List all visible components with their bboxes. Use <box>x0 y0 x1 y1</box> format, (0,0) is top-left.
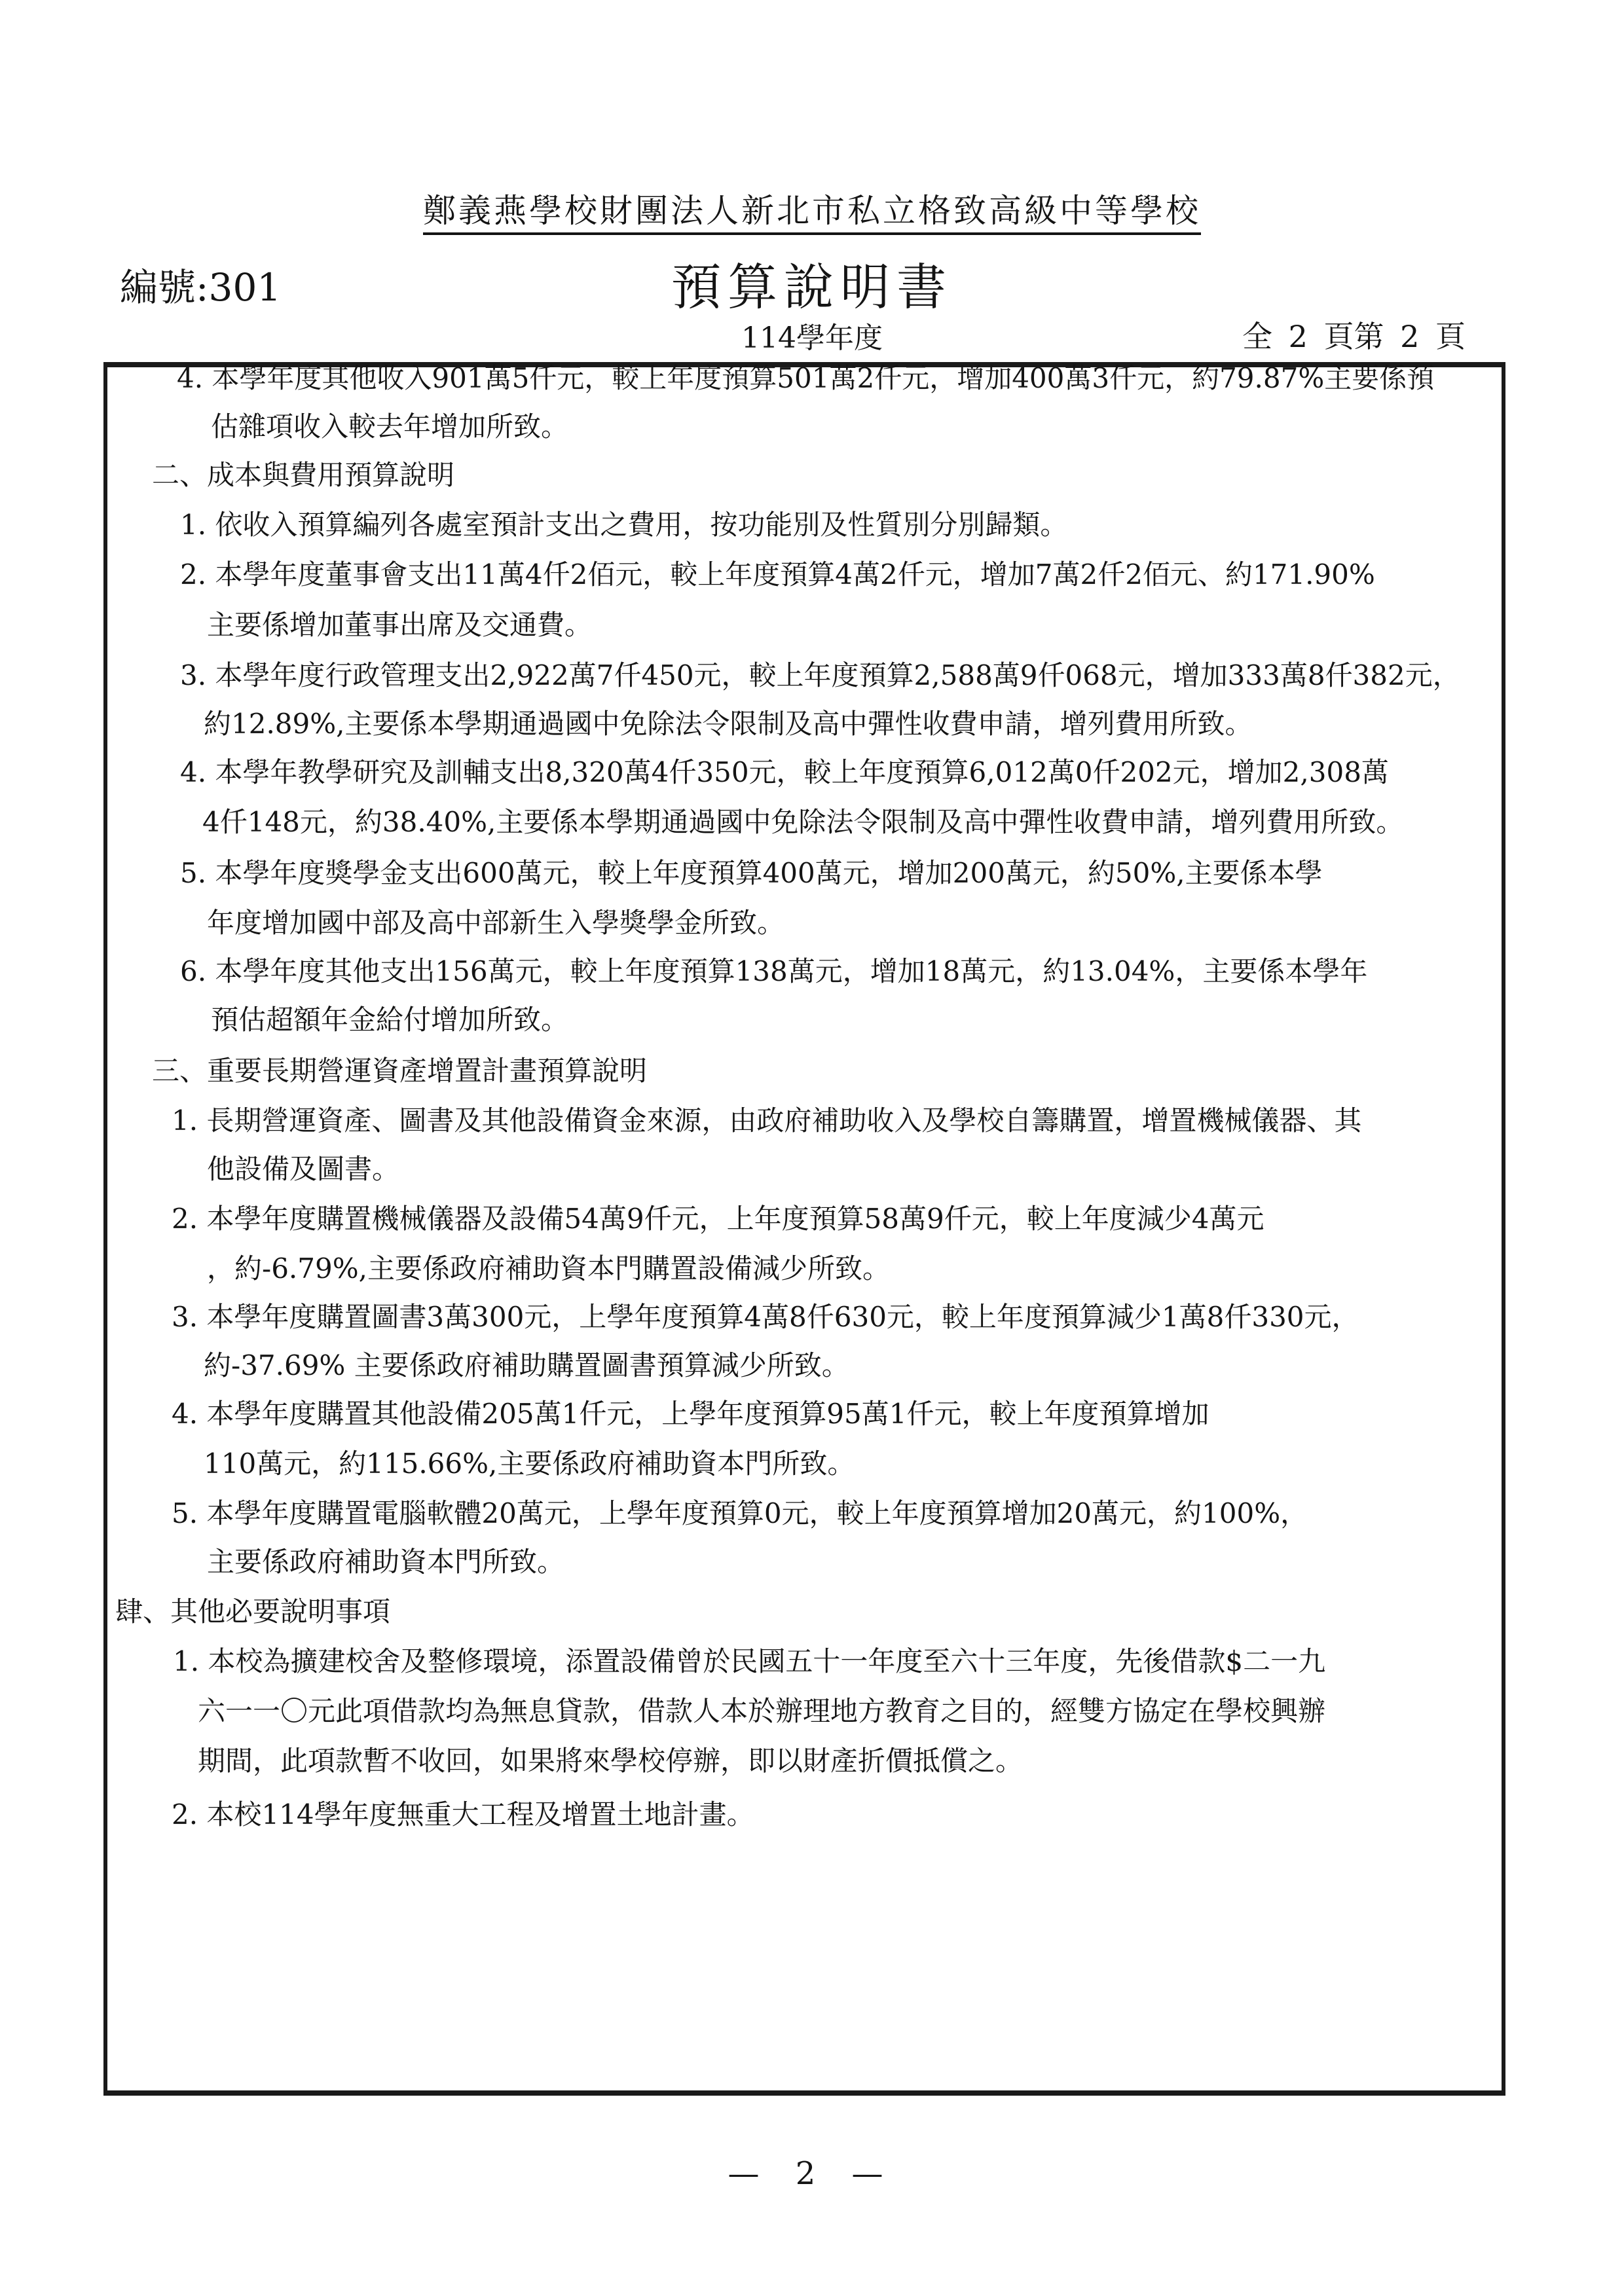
text-line: 6. 本學年度其他支出156萬元，較上年度預算138萬元，增加18萬元，約13.… <box>180 956 1367 987</box>
text-line: 主要係增加董事出席及交通費。 <box>207 610 592 641</box>
text-line: 估雜項收入較去年增加所致。 <box>211 411 568 443</box>
text-line: 主要係政府補助資本門所致。 <box>207 1546 564 1578</box>
text-line: 2. 本學年度董事會支出11萬4仟2佰元，較上年度預算4萬2仟元，增加7萬2仟2… <box>180 559 1375 591</box>
page-count: 全 2 頁第 2 頁 <box>1242 313 1466 356</box>
text-line: 二、成本與費用預算說明 <box>152 460 454 491</box>
text-line: 六一一〇元此項借款均為無息貸款，借款人本於辦理地方教育之目的，經雙方協定在學校興… <box>198 1696 1325 1727</box>
text-line: 1. 長期營運資產、圖書及其他設備資金來源，由政府補助收入及學校自籌購置，增置機… <box>172 1105 1361 1137</box>
organization-title: 鄭義燕學校財團法人新北市私立格致高級中等學校 <box>0 185 1624 232</box>
text-line: 期間，此項款暫不收回，如果將來學校停辦，即以財產折價抵償之。 <box>198 1745 1023 1777</box>
text-line: 年度增加國中部及高中部新生入學獎學金所致。 <box>207 907 784 939</box>
text-line: 3. 本學年度行政管理支出2,922萬7仟450元，較上年度預算2,588萬9仟… <box>180 660 1460 691</box>
text-line: 5. 本學年度獎學金支出600萬元，較上年度預算400萬元，增加200萬元，約5… <box>180 858 1323 889</box>
text-line: 4仟148元，約38.40%,主要係本學期通過國中免除法令限制及高中彈性收費申請… <box>202 807 1403 838</box>
text-line: 4. 本學年教學研究及訓輔支出8,320萬4仟350元，較上年度預算6,012萬… <box>180 757 1389 788</box>
text-line: 他設備及圖書。 <box>207 1154 399 1185</box>
text-line: 110萬元，約115.66%,主要係政府補助資本門所致。 <box>204 1448 855 1480</box>
page-number: — 2 — <box>0 2155 1624 2192</box>
text-line: 3. 本學年度購置圖書3萬300元，上學年度預算4萬8仟630元，較上年度預算減… <box>172 1302 1359 1333</box>
text-line: 4. 本學年度其他收入901萬5仟元，較上年度預算501萬2仟元，增加400萬3… <box>177 363 1434 394</box>
text-line: ，約-6.79%,主要係政府補助資本門購置設備減少所致。 <box>207 1253 890 1285</box>
text-line: 2. 本學年度購置機械儀器及設備54萬9仟元，上年度預算58萬9仟元，較上年度減… <box>172 1203 1264 1235</box>
organization-name: 鄭義燕學校財團法人新北市私立格致高級中等學校 <box>423 192 1201 235</box>
text-line: 肆、其他必要說明事項 <box>115 1596 390 1628</box>
text-line: 1. 本校為擴建校舍及整修環境，添置設備曾於民國五十一年度至六十三年度，先後借款… <box>173 1646 1325 1677</box>
text-line: 2. 本校114學年度無重大工程及增置土地計畫。 <box>172 1799 754 1831</box>
text-line: 預估超額年金給付增加所致。 <box>211 1004 568 1036</box>
text-line: 4. 本學年度購置其他設備205萬1仟元，上學年度預算95萬1仟元，較上年度預算… <box>172 1398 1209 1430</box>
text-line: 1. 依收入預算編列各處室預計支出之費用，按功能別及性質別分別歸類。 <box>180 509 1067 541</box>
text-line: 約12.89%,主要係本學期通過國中免除法令限制及高中彈性收費申請，增列費用所致… <box>204 708 1253 740</box>
text-line: 約-37.69% 主要係政府補助購置圖書預算減少所致。 <box>204 1350 849 1381</box>
text-line: 5. 本學年度購置電腦軟體20萬元，上學年度預算0元，較上年度預算增加20萬元，… <box>172 1498 1308 1529</box>
text-line: 三、重要長期營運資產增置計畫預算說明 <box>152 1055 647 1087</box>
document-title: 預算說明書 <box>0 247 1624 319</box>
